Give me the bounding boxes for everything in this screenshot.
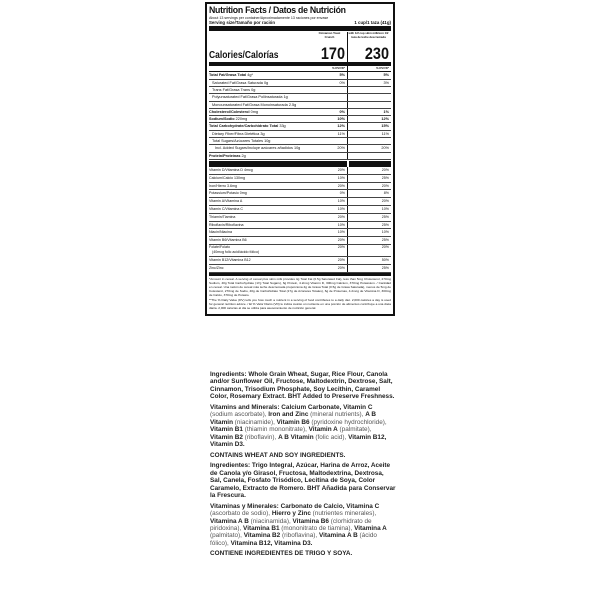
vitamin-row: Vitamin B12/Vitamina B1220%50% (209, 257, 391, 265)
nutrient-dv-with-milk (347, 153, 391, 159)
vitamin-name: Niacin/Niacina (209, 229, 314, 236)
vitamin-name: Potassium/Potasio 0mg (209, 190, 314, 197)
vitamin-dv-with-milk: 20% (347, 167, 391, 174)
nutrient-name: Total Fat/Grasa Total 4g* (209, 72, 314, 78)
nutrient-dv-cereal: 12% (314, 123, 347, 129)
nutrient-name: Trans Fat/Grasa Trans 0g (209, 87, 314, 93)
nutrient-name: Protein/Proteínas 2g (209, 153, 314, 159)
nutrient-dv-with-milk: 1% (347, 109, 391, 115)
nutrient-dv-cereal (314, 94, 347, 100)
calories-col1: Cinnamon Toast Crunch 170 (314, 32, 347, 62)
nutrient-dv-with-milk: 15% (347, 123, 391, 129)
nutrient-dv-cereal (314, 153, 347, 159)
vitamin-dv-with-milk: 10% (347, 206, 391, 213)
nutrient-name: Incl. Added Sugars/Incluye azúcares añad… (209, 145, 314, 151)
nutrient-dv-with-milk (347, 102, 391, 108)
vitamin-row: Vitamin B6/Vitamina B620%25% (209, 237, 391, 245)
nutrient-row: Sodium/Sodio 220mg10%12% (209, 116, 391, 123)
nutrient-name: Monounsaturated Fat/Grasa Monoinsaturada… (209, 102, 314, 108)
nutrient-name: Total Sugars/Azúcares Totales 10g (209, 138, 314, 144)
vitamin-name: Vitamin B6/Vitamina B6 (209, 237, 314, 244)
nutrient-dv-with-milk: 20% (347, 145, 391, 151)
nutrient-row: Total Sugars/Azúcares Totales 10g (209, 138, 391, 145)
nutrient-table: Total Fat/Grasa Total 4g*5%5%Saturated F… (209, 72, 391, 160)
vitamins-minerals-es: Vitaminas y Minerales: Carbonato de Calc… (210, 503, 396, 547)
vitamin-name: Folate/Folato(40mcg folic acid/ácido fól… (209, 245, 314, 257)
serving-size-value: 1 cup/1 taza (41g) (354, 20, 391, 25)
vitamin-row: Potassium/Potasio 0mg0%8% (209, 190, 391, 198)
vitamin-dv-cereal: 10% (314, 206, 347, 213)
divider-thick-bottom (209, 273, 391, 276)
nutrient-dv-cereal: 5% (314, 72, 347, 78)
calories-row: Calories/Calorías Cinnamon Toast Crunch … (209, 32, 391, 66)
vitamin-dv-with-milk: 20% (347, 183, 391, 190)
vitamin-dv-cereal: 20% (314, 265, 347, 272)
allergen-statement-es: CONTIENE INGREDIENTES DE TRIGO Y SOYA. (210, 550, 396, 557)
vitamin-name: Vitamin D/Vitamina D 4mcg (209, 167, 314, 174)
calories-col2: with 1/2 cup skim milk/con 1/2 taza de l… (347, 32, 391, 62)
vitamin-row: Calcium/Calcio 130mg10%25% (209, 175, 391, 183)
nutrient-row: Total Fat/Grasa Total 4g*5%5% (209, 72, 391, 79)
nutrient-dv-cereal (314, 87, 347, 93)
dv-header-col1: % DV/VD* (314, 66, 347, 71)
vitamin-dv-with-milk: 50% (347, 257, 391, 264)
nutrient-name: Saturated Fat/Grasa Saturada 0g (209, 80, 314, 86)
vitamin-name: Calcium/Calcio 130mg (209, 175, 314, 182)
column-header-cereal: Cinnamon Toast Crunch (314, 32, 345, 39)
vitamin-dv-with-milk: 25% (347, 175, 391, 182)
calories-value-cereal: 170 (319, 46, 345, 62)
ingredients-es: Ingredientes: Trigo Integral, Azúcar, Ha… (210, 462, 396, 499)
allergen-statement-en: CONTAINS WHEAT AND SOY INGREDIENTS. (210, 452, 396, 459)
vitamin-dv-cereal: 20% (314, 257, 347, 264)
vitamin-dv-cereal: 20% (314, 245, 347, 257)
nutrient-name: Dietary Fiber/Fibra Dietética 3g (209, 131, 314, 137)
nutrient-row: Trans Fat/Grasa Trans 0g (209, 87, 391, 94)
vitamins-minerals-en: Vitamins and Minerals: Calcium Carbonate… (210, 404, 396, 448)
nutrient-dv-with-milk: 12% (347, 116, 391, 122)
footnotes: *Amount in cereal. A serving of cereal p… (209, 278, 391, 311)
vitamin-dv-cereal: 20% (314, 237, 347, 244)
nutrient-dv-cereal: 10% (314, 116, 347, 122)
vitamin-dv-cereal: 0% (314, 190, 347, 197)
nutrient-name: Cholesterol/Colesterol 0mg (209, 109, 314, 115)
nutrient-name: Sodium/Sodio 220mg (209, 116, 314, 122)
nutrient-dv-with-milk: 11% (347, 131, 391, 137)
calories-value-with-milk: 230 (354, 46, 389, 62)
vitamin-dv-with-milk: 25% (347, 222, 391, 229)
vitamin-row: Niacin/Niacina10%10% (209, 229, 391, 237)
nutrient-dv-cereal: 0% (314, 109, 347, 115)
nutrient-dv-with-milk (347, 138, 391, 144)
vitamin-table: Vitamin D/Vitamina D 4mcg20%20%Calcium/C… (209, 167, 391, 273)
vitamin-dv-cereal: 20% (314, 214, 347, 221)
vitamin-dv-with-milk: 25% (347, 214, 391, 221)
vitamin-row: Zinc/Zinc20%25% (209, 265, 391, 273)
vitamin-dv-with-milk: 25% (347, 237, 391, 244)
ingredients-section: Ingredients: Whole Grain Wheat, Sugar, R… (210, 371, 396, 561)
vitamin-row: Vitamin C/Vitamina C10%10% (209, 206, 391, 214)
vitamin-row: Thiamin/Tiamina20%25% (209, 214, 391, 222)
vitamin-dv-cereal: 10% (314, 229, 347, 236)
nutrient-row: Polyunsaturated Fat/Grasa Poliinsaturada… (209, 94, 391, 101)
nutrition-facts-panel: Nutrition Facts / Datos de Nutrición Abo… (205, 2, 395, 316)
nutrient-dv-with-milk (347, 94, 391, 100)
nutrient-row: Dietary Fiber/Fibra Dietética 3g11%11% (209, 131, 391, 138)
vitamin-dv-cereal: 10% (314, 198, 347, 205)
nutrient-row: Incl. Added Sugars/Incluye azúcares añad… (209, 145, 391, 152)
nutrient-dv-with-milk: 5% (347, 72, 391, 78)
nutrient-row: Cholesterol/Colesterol 0mg0%1% (209, 109, 391, 116)
nutrient-name: Polyunsaturated Fat/Grasa Poliinsaturada… (209, 94, 314, 100)
vitamin-dv-with-milk: 10% (347, 229, 391, 236)
nutrient-name: Total Carbohydrate/Carbohidrato Total 33… (209, 123, 314, 129)
nutrient-row: Monounsaturated Fat/Grasa Monoinsaturada… (209, 102, 391, 109)
nutrient-dv-with-milk: 3% (347, 80, 391, 86)
vitamin-row: Iron/Hierro 3.6mg20%20% (209, 183, 391, 191)
serving-size-label: Serving size/Tamaño por ración (209, 20, 275, 25)
vitamin-dv-cereal: 20% (314, 183, 347, 190)
footnote-amount-in-cereal: *Amount in cereal. A serving of cereal p… (209, 278, 391, 298)
vitamin-dv-cereal: 20% (314, 167, 347, 174)
vitamin-name: Vitamin B12/Vitamina B12 (209, 257, 314, 264)
vitamin-dv-cereal: 10% (314, 175, 347, 182)
nutrient-dv-cereal (314, 138, 347, 144)
vitamin-name: Vitamin C/Vitamina C (209, 206, 314, 213)
vitamin-dv-with-milk: 20% (347, 198, 391, 205)
nutrient-dv-cereal: 11% (314, 131, 347, 137)
vitamin-row: Riboflavin/Riboflavina10%25% (209, 222, 391, 230)
nutrient-dv-cereal: 0% (314, 80, 347, 86)
vitamin-name: Iron/Hierro 3.6mg (209, 183, 314, 190)
vitamin-dv-with-milk: 8% (347, 190, 391, 197)
nutrient-dv-cereal: 20% (314, 145, 347, 151)
vitamin-dv-with-milk: 20% (347, 245, 391, 257)
vitamin-dv-cereal: 10% (314, 222, 347, 229)
calories-label: Calories/Calorías (209, 50, 298, 62)
serving-size-row: Serving size/Tamaño por ración 1 cup/1 t… (209, 20, 391, 25)
nutrition-title: Nutrition Facts / Datos de Nutrición (209, 5, 376, 16)
vitamin-row: Folate/Folato(40mcg folic acid/ácido fól… (209, 245, 391, 258)
ingredients-en: Ingredients: Whole Grain Wheat, Sugar, R… (210, 371, 396, 401)
vitamin-name: Riboflavin/Riboflavina (209, 222, 314, 229)
dv-header-col2: % DV/VD* (347, 66, 391, 71)
vitamin-dv-with-milk: 25% (347, 265, 391, 272)
nutrient-row: Saturated Fat/Grasa Saturada 0g0%3% (209, 80, 391, 87)
nutrient-dv-with-milk (347, 87, 391, 93)
vitamin-name: Vitamin A/Vitamina A (209, 198, 314, 205)
column-header-with-milk: with 1/2 cup skim milk/con 1/2 taza de l… (348, 32, 389, 39)
vitamin-name: Thiamin/Tiamina (209, 214, 314, 221)
nutrient-row: Protein/Proteínas 2g (209, 153, 391, 160)
vitamin-row: Vitamin A/Vitamina A10%20% (209, 198, 391, 206)
vitamin-name: Zinc/Zinc (209, 265, 314, 272)
footnote-daily-value: **The % Daily Value (DV) tells you how m… (209, 299, 391, 311)
nutrient-row: Total Carbohydrate/Carbohidrato Total 33… (209, 123, 391, 130)
vitamin-row: Vitamin D/Vitamina D 4mcg20%20% (209, 167, 391, 175)
nutrient-dv-cereal (314, 102, 347, 108)
